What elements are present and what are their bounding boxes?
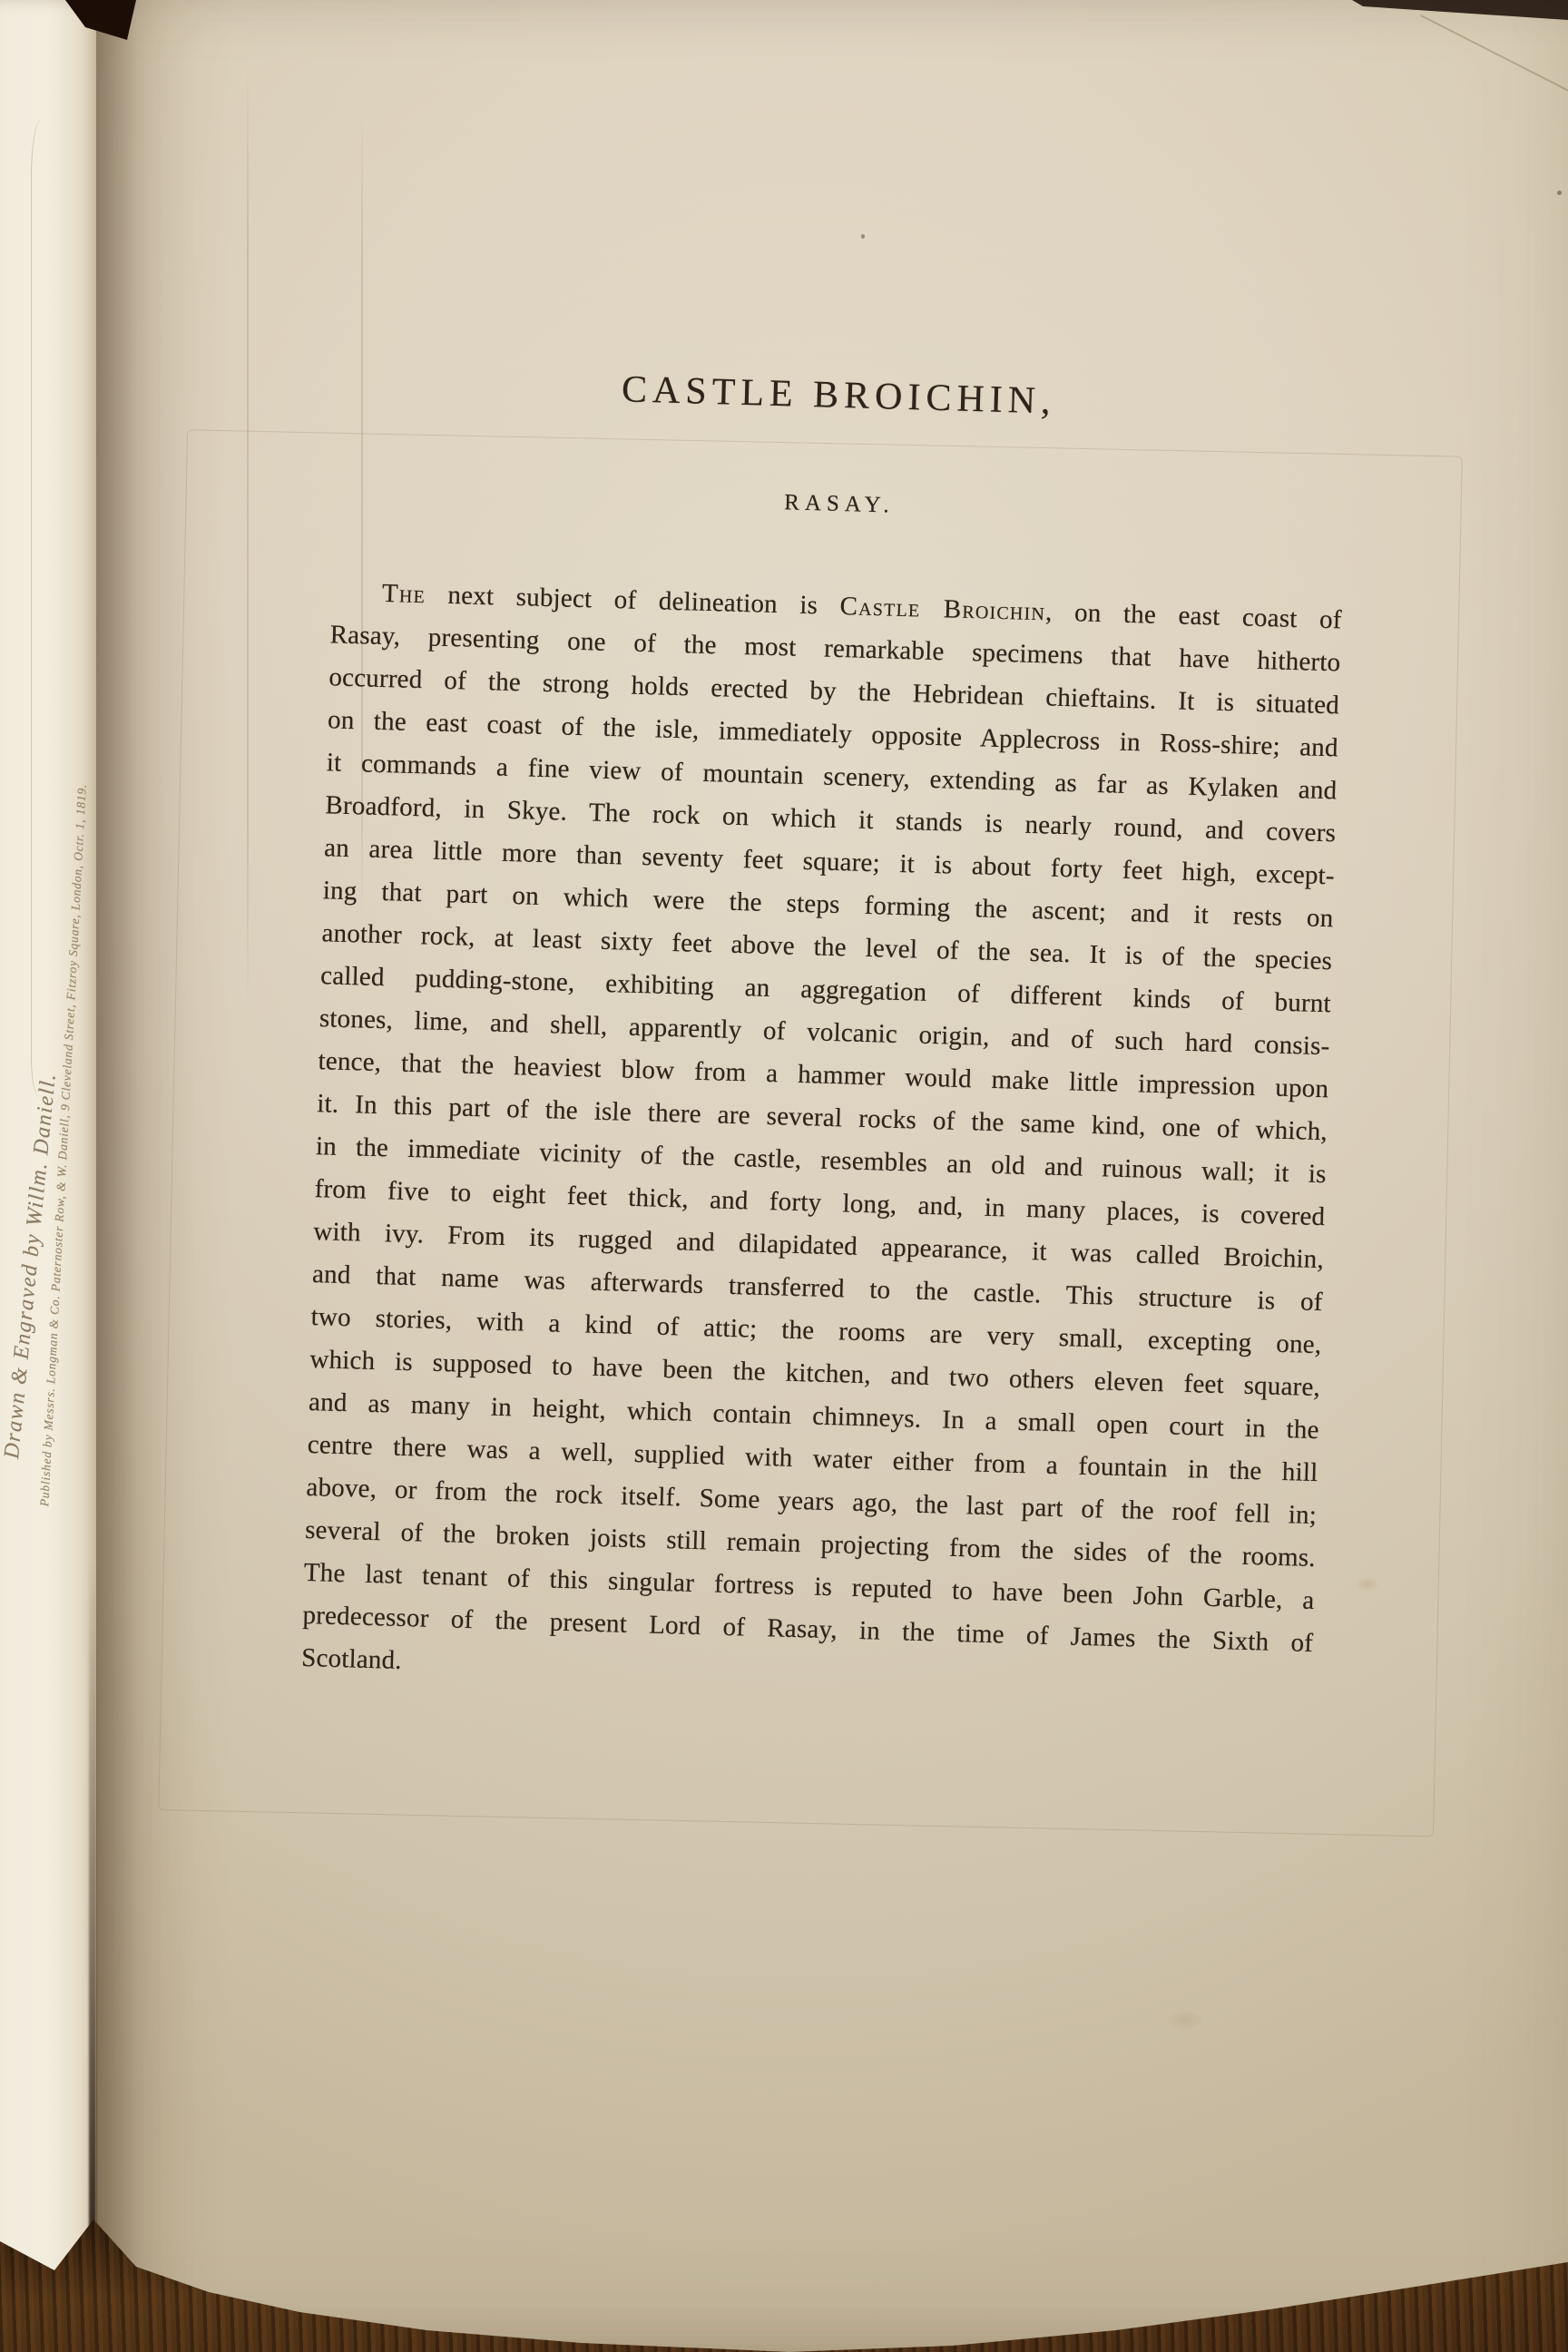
book-page: CASTLE BROICHIN, RASAY. The next subject… [96,0,1568,2352]
foxing-spot [1356,1577,1379,1592]
text-segment: next subject of delineation is [426,580,841,621]
gutter-crease-shadow [89,1561,96,2232]
text-block: CASTLE BROICHIN, RASAY. The next subject… [301,359,1348,1708]
page-title: CASTLE BROICHIN, [333,359,1345,438]
paper-fold-line [247,54,249,1016]
body-paragraph: The next subject of delineation is Castl… [301,571,1343,1708]
text-segment: , on the east coast of [1045,597,1342,634]
foxing-spot [861,234,865,239]
page-subtitle: RASAY. [334,477,1345,533]
foxing-spot [1557,191,1562,195]
left-page-emboss-line [31,118,50,1098]
lead-word: The [382,579,426,609]
photo-scene: { "page": { "title": "CASTLE BROICHIN,",… [0,0,1568,2352]
castle-name: Castle Broichin [839,592,1045,626]
foxing-spot [1167,2010,1203,2030]
